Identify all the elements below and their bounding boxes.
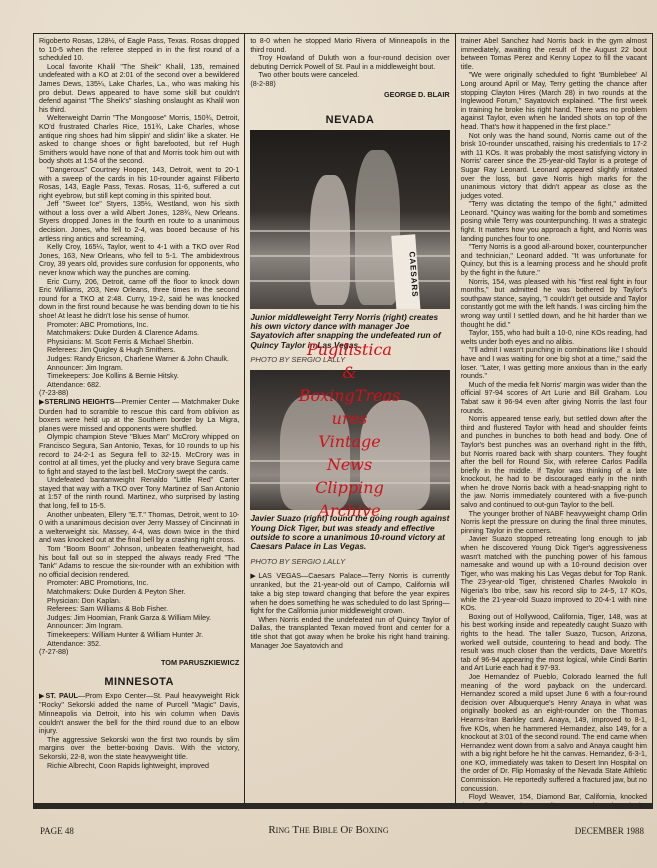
- paragraph: Javier Suazo stopped retreating long eno…: [461, 535, 647, 612]
- issue-date: DECEMBER 1988: [575, 826, 644, 836]
- photo-rope: [250, 460, 450, 462]
- column-3: trainer Abel Sanchez had Norris back in …: [456, 34, 652, 803]
- article-frame: Rigoberto Rosas, 128½, of Eagle Pass, Te…: [33, 33, 653, 803]
- paragraph: Olympic champion Steve "Blues Man" McCro…: [39, 433, 239, 476]
- credit-line: Announcer: Jim Ingram.: [39, 364, 239, 373]
- paragraph: When Norris ended the undefeated run of …: [250, 616, 449, 650]
- photo-credit: PHOTO BY SERGIO LALLY: [250, 355, 449, 364]
- dateline: LAS VEGAS: [258, 572, 301, 580]
- dateline: ST. PAUL: [46, 692, 78, 700]
- photo-norris-victory: CAESARS: [250, 130, 450, 309]
- paragraph: to 8-0 when he stopped Mario Rivera of M…: [250, 37, 449, 54]
- paragraph: "I'll admit I wasn't punching in combina…: [461, 346, 647, 380]
- paragraph: Tom "Boom Boom" Johnson, unbeaten feathe…: [39, 545, 239, 579]
- photo-caption: Javier Suazo (right) found the going rou…: [250, 514, 449, 552]
- credit-line: Announcer: Jim Ingram.: [39, 622, 239, 631]
- photo-rope: [250, 230, 450, 232]
- credit-line: Promoter: ABC Promotions, Inc.: [39, 321, 239, 330]
- credit-line: Judges: Jim Hoomian, Frank Garza & Willi…: [39, 614, 239, 623]
- photo-rope: [250, 482, 450, 484]
- paragraph: Local favorite Khalil "The Sheik" Khalil…: [39, 63, 239, 115]
- page-footer: PAGE 48 Ring The Bible Of Boxing DECEMBE…: [0, 826, 657, 846]
- paragraph: Undefeated bantamweight Renaldo "Little …: [39, 476, 239, 510]
- paragraph: Rigoberto Rosas, 128½, of Eagle Pass, Te…: [39, 37, 239, 63]
- fight-date: (8-2-88): [250, 80, 449, 89]
- paragraph: The aggressive Sekorski won the first tw…: [39, 736, 239, 762]
- paragraph: "Terry Norris is a good all-around boxer…: [461, 243, 647, 277]
- credit-line: Attendance: 682.: [39, 381, 239, 390]
- credit-line: Matchmakers: Duke Durden & Clarence Adam…: [39, 329, 239, 338]
- dateline-paragraph: ▶ST. PAUL—Prom Expo Center—St. Paul heav…: [39, 692, 239, 736]
- section-heading-minnesota: MINNESOTA: [39, 676, 239, 688]
- paragraph: Another unbeaten, Ellery "E.T." Thomas, …: [39, 511, 239, 545]
- dateline-paragraph: ▶LAS VEGAS—Caesars Palace—Terry Norris i…: [250, 572, 449, 616]
- credit-line: Physicians: M. Scott Ferris & Michael Sh…: [39, 338, 239, 347]
- paragraph: Floyd Weaver, 154, Diamond Bar, Californ…: [461, 793, 647, 803]
- photo-figure: [310, 175, 350, 305]
- paragraph: Two other bouts were canceled.: [250, 71, 449, 80]
- paragraph: Eric Curry, 206, Detroit, came off the f…: [39, 278, 239, 321]
- fight-credits-2: Promoter: ABC Promotions, Inc. Matchmake…: [39, 579, 239, 648]
- dateline: STERLING HEIGHTS: [44, 398, 114, 406]
- photo-rope: [250, 280, 450, 282]
- caesars-banner: CAESARS: [392, 234, 422, 309]
- paragraph: Norris appeared tense early, but settled…: [461, 415, 647, 510]
- section-heading-nevada: NEVADA: [250, 114, 449, 126]
- paragraph: Joe Hernandez of Pueblo, Colorado learne…: [461, 673, 647, 793]
- paragraph: Richie Albrecht, Coon Rapids lightweight…: [39, 762, 239, 771]
- paragraph: trainer Abel Sanchez had Norris back in …: [461, 37, 647, 71]
- paragraph: Not only was the hand sound, Norris came…: [461, 132, 647, 201]
- fight-credits-1: Promoter: ABC Promotions, Inc. Matchmake…: [39, 321, 239, 390]
- publication-name: Ring The Bible Of Boxing: [0, 824, 657, 836]
- paragraph: Troy Howland of Duluth won a four-round …: [250, 54, 449, 71]
- fight-date: (7-27-88): [39, 648, 239, 657]
- paragraph: "We were originally scheduled to fight '…: [461, 71, 647, 131]
- paragraph: Norris, 154, was pleased with his "first…: [461, 278, 647, 330]
- column-1: Rigoberto Rosas, 128½, of Eagle Pass, Te…: [34, 34, 245, 803]
- credit-line: Timekeepers: William Hunter & William Hu…: [39, 631, 239, 640]
- paragraph: Much of the media felt Norris' margin wa…: [461, 381, 647, 415]
- photo-figure: [280, 395, 350, 510]
- fight-date: (7-23-88): [39, 389, 239, 398]
- credit-line: Attendance: 352.: [39, 640, 239, 649]
- column-2: to 8-0 when he stopped Mario Rivera of M…: [245, 34, 455, 803]
- credit-line: Timekeepers: Joe Kollins & Bernie Hitsky…: [39, 372, 239, 381]
- credit-line: Judges: Randy Ericson, Charlene Warner &…: [39, 355, 239, 364]
- paragraph: "Dangerous" Courtney Hooper, 143, Detroi…: [39, 166, 239, 200]
- paragraph: "Terry was dictating the tempo of the fi…: [461, 200, 647, 243]
- photo-figure: [360, 400, 430, 510]
- dateline-paragraph: ▶STERLING HEIGHTS—Premier Center — Match…: [39, 398, 239, 433]
- photo-rope: [250, 255, 450, 257]
- paragraph: Kelly Croy, 165¼, Taylor, went to 4-1 wi…: [39, 243, 239, 277]
- credit-line: Matchmakers: Duke Durden & Peyton Sher.: [39, 588, 239, 597]
- credit-line: Referees: Sam Williams & Bob Fisher.: [39, 605, 239, 614]
- paragraph: The younger brother of NABF heavyweight …: [461, 510, 647, 536]
- credit-line: Promoter: ABC Promotions, Inc.: [39, 579, 239, 588]
- paragraph: Jeff "Sweet Ice" Styers, 135½, Westland,…: [39, 200, 239, 243]
- byline: GEORGE D. BLAIR: [250, 90, 449, 100]
- bottom-rule: [33, 803, 653, 809]
- paragraph: Boxing out of Hollywood, California, Tig…: [461, 613, 647, 673]
- credit-line: Physician: Don Kaplan.: [39, 597, 239, 606]
- paragraph: Taylor, 155, who had built a 10-0, nine …: [461, 329, 647, 346]
- paragraph: Welterweight Darrin "The Mongoose" Morri…: [39, 114, 239, 166]
- photo-suazo-tiger: [250, 370, 450, 510]
- byline: TOM PARUSZKIEWICZ: [39, 658, 239, 668]
- photo-credit: PHOTO BY SERGIO LALLY: [250, 557, 449, 566]
- photo-caption: Junior middleweight Terry Norris (right)…: [250, 313, 449, 351]
- credit-line: Referees: Jim Quigley & Hugh Smithers.: [39, 346, 239, 355]
